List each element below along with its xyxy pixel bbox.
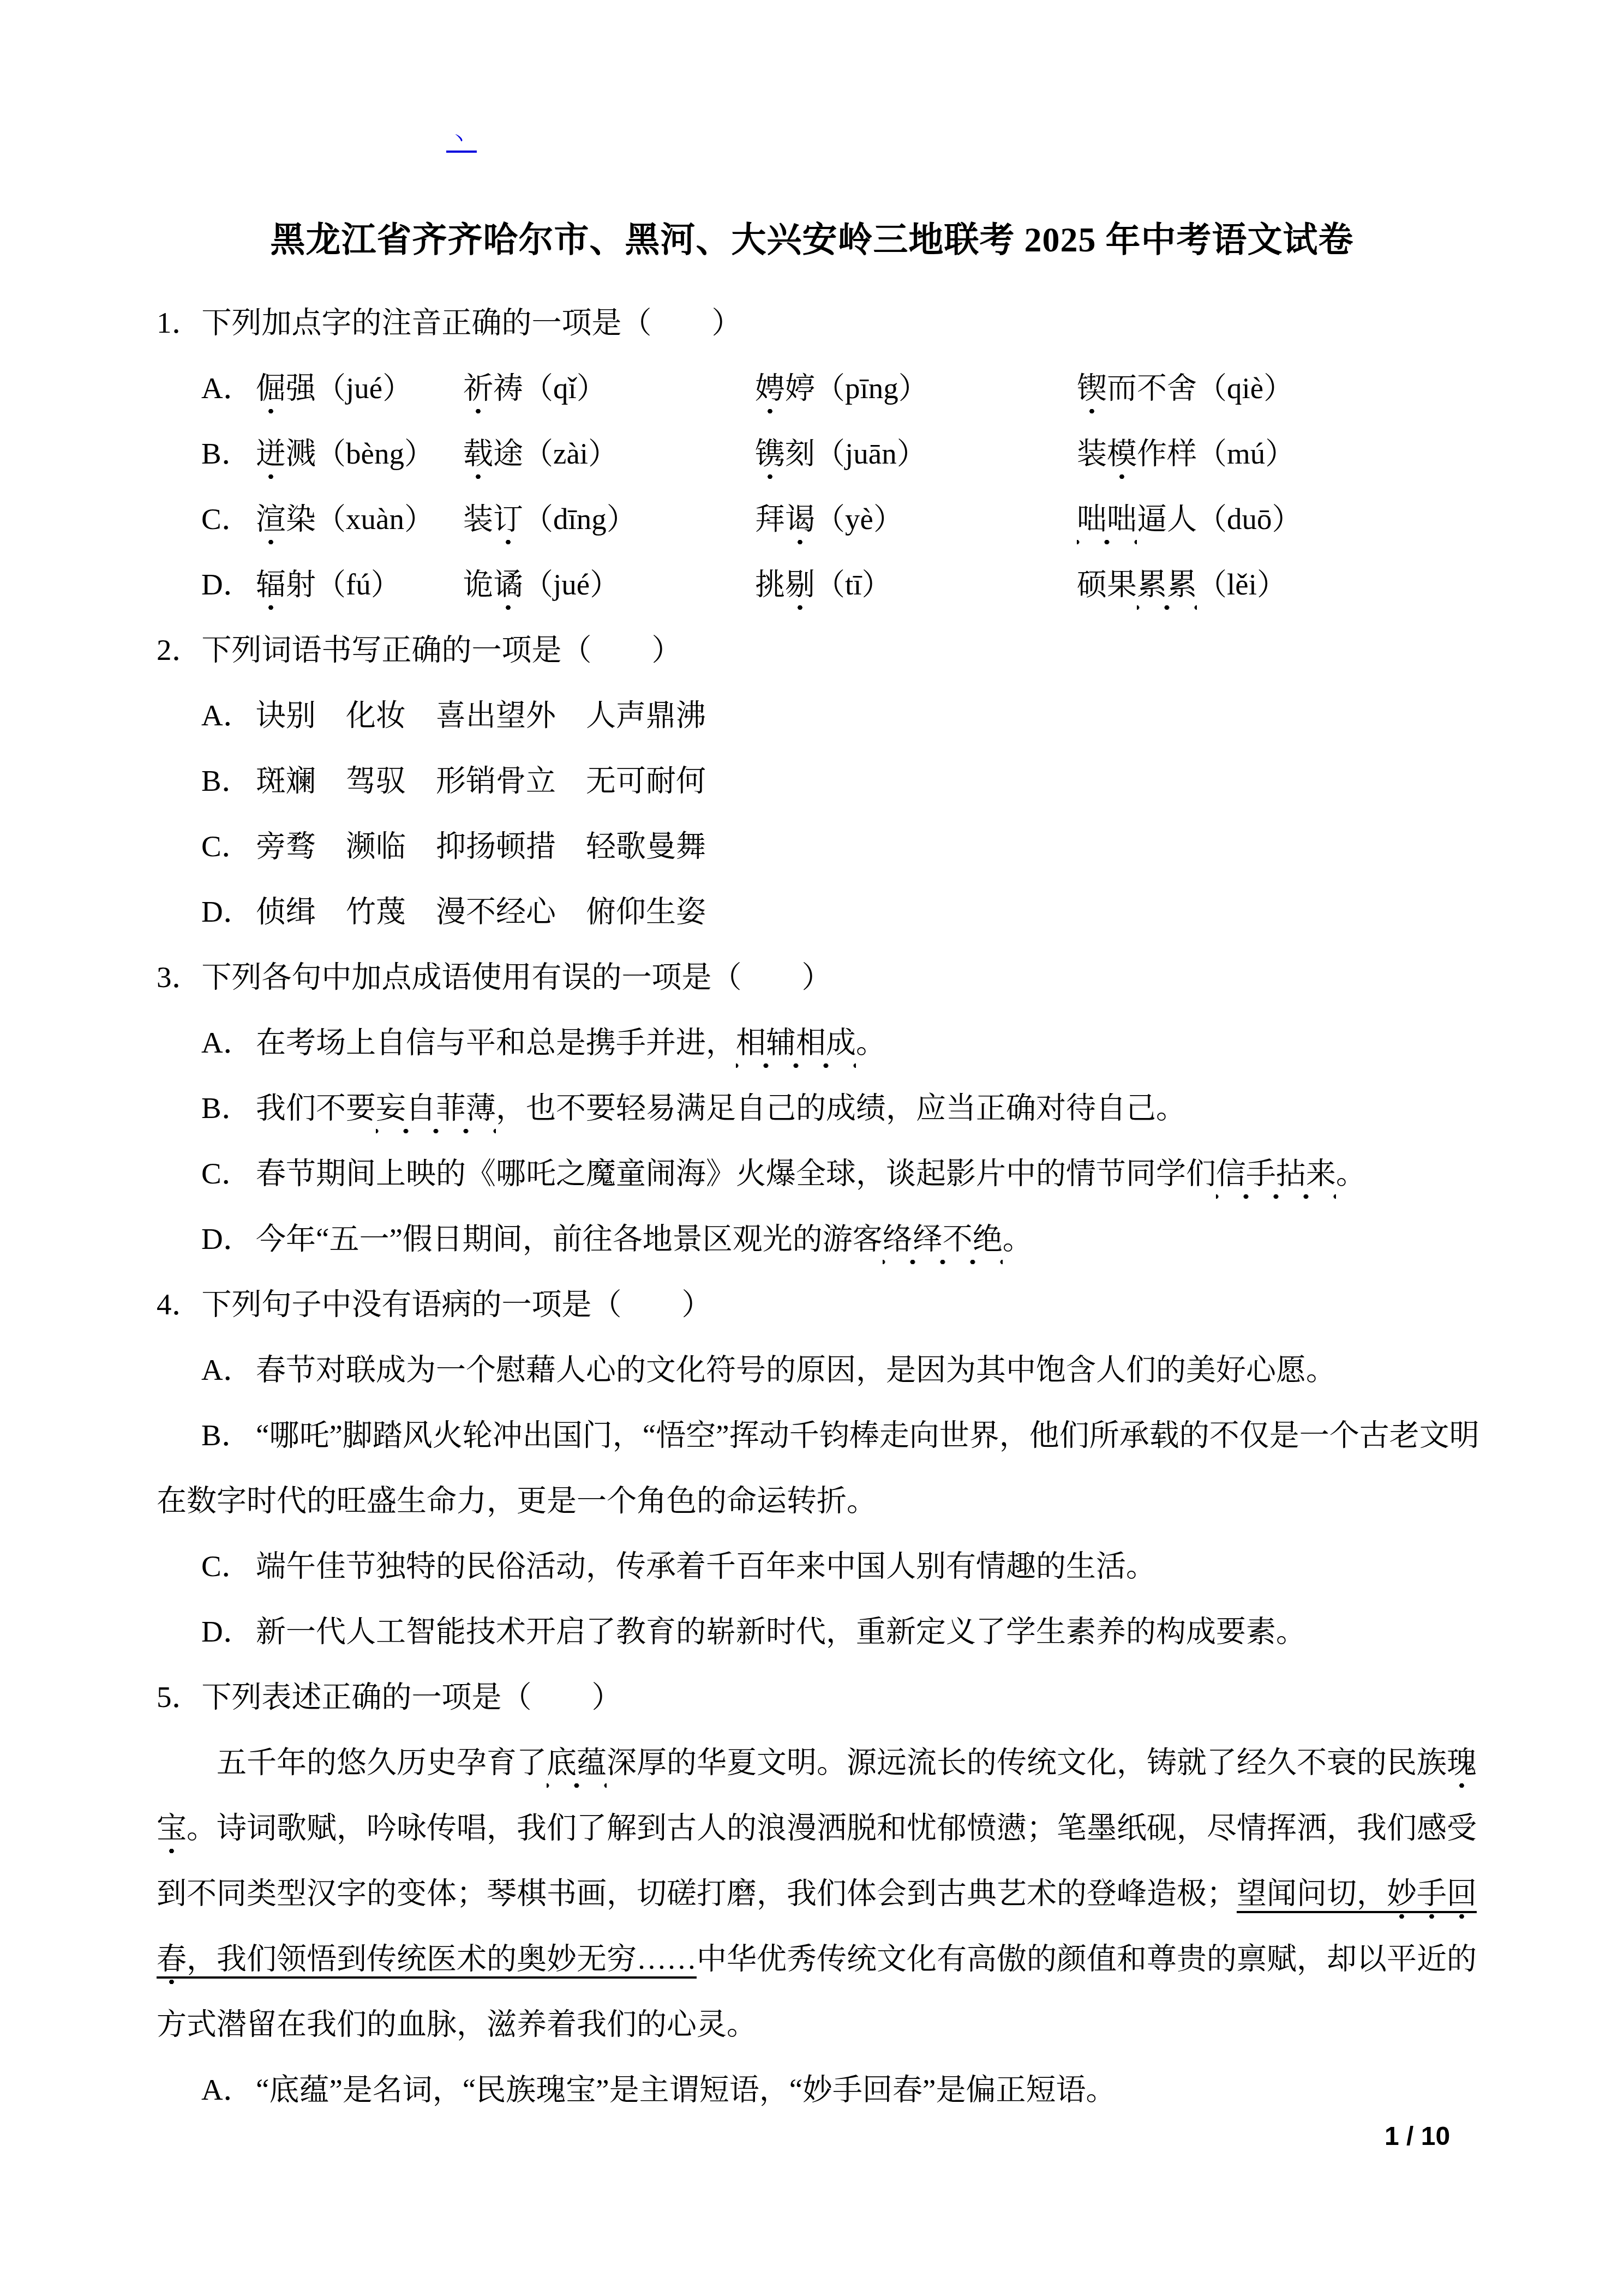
emphasized-text: 祈: [463, 371, 493, 414]
text-segment: 强（jué）: [286, 371, 412, 405]
option-text: 旁骛 濒临 抑扬顿措 轻歌曼舞: [256, 830, 706, 863]
text-segment: 。: [1336, 1157, 1366, 1190]
option-text: “底蕴”是名词，“民族瑰宝”是主谓短语，“妙手回春”是偏正短语。: [256, 2073, 1116, 2106]
option-text: 我们不要妄自菲薄，也不要轻易满足自己的成绩，应当正确对待自己。: [256, 1091, 1186, 1134]
question-2-stem: 2．下列词语书写正确的一项是（ ）: [157, 617, 1553, 683]
option-text: 侦缉 竹蔑 漫不经心 俯仰生姿: [256, 895, 706, 928]
option-row: C．旁骛 濒临 抑扬顿措 轻歌曼舞: [201, 814, 1553, 879]
emphasized-text: 剔: [785, 568, 815, 611]
emphasized-text: 信手拈来: [1216, 1157, 1336, 1200]
option-label: D．: [201, 879, 256, 945]
emphasized-text: 娉: [755, 371, 785, 414]
option-row: D．辐射（fú）诡谲（jué）挑剔（tī）硕果累累（lěi）: [201, 552, 1553, 617]
option-row: A．在考场上自信与平和总是携手并进，相辅相成。: [201, 1010, 1553, 1075]
option-text: 新一代人工智能技术开启了教育的崭新时代，重新定义了学生素养的构成要素。: [256, 1615, 1306, 1648]
annotation-mark: 丶: [446, 130, 477, 153]
question-1-stem: 1．下列加点字的注音正确的一项是（ ）: [157, 290, 1553, 356]
emphasized-text: 相辅相成: [736, 1026, 856, 1069]
text-segment: （yè）: [815, 502, 903, 536]
option-row: A．“底蕴”是名词，“民族瑰宝”是主谓短语，“妙手回春”是偏正短语。: [201, 2057, 1553, 2123]
option-text-continuation: 在数字时代的旺盛生命力，更是一个角色的命运转折。: [157, 1468, 1553, 1534]
emphasized-text: 络绎不绝: [883, 1222, 1003, 1265]
text-segment: 。诗词歌赋，吟咏传唱，我们了解到古人的浪漫洒脱和忧郁愤懑；笔墨纸砚，尽情挥洒，我…: [187, 1811, 1477, 1844]
text-segment: 方式潜留在我们的血脉，滋养着我们的心灵。: [157, 2008, 757, 2041]
emphasized-text: ，我们领悟到传统医术的奥妙无穷……: [187, 1942, 697, 1985]
option-word: 倔强（jué）: [256, 371, 412, 414]
passage-line: 宝。诗词歌赋，吟咏传唱，我们了解到古人的浪漫洒脱和忧郁愤懑；笔墨纸砚，尽情挥洒，…: [157, 1795, 1553, 1861]
text-segment: 。: [1003, 1222, 1033, 1255]
text-segment: 春节期间上映的《哪吒之魔童闹海》火爆全球，谈起影片中的情节同学们: [256, 1157, 1216, 1190]
option-row: B．“哪吒”脚踏风火轮冲出国门，“悟空”挥动千钧棒走向世界，他们所承载的不仅是一…: [201, 1403, 1553, 1468]
emphasized-text: 倔: [256, 371, 286, 414]
option-text: 春节期间上映的《哪吒之魔童闹海》火爆全球，谈起影片中的情节同学们信手拈来。: [256, 1157, 1366, 1200]
option-text: 斑斓 驾驭 形销骨立 无可耐何: [256, 764, 706, 797]
passage-line: 春，我们领悟到传统医术的奥妙无穷……中华优秀传统文化有高傲的颜值和尊贵的禀赋，却…: [157, 1926, 1553, 1992]
option-word: 祈祷（qǐ）: [463, 356, 755, 421]
passage-line: 到不同类型汉字的变体；琴棋书画，切磋打磨，我们体会到古典艺术的登峰造极；望闻问切…: [157, 1861, 1553, 1926]
option-word: 载途（zài）: [463, 421, 755, 486]
text-segment: 溅（bèng）: [286, 437, 434, 470]
option-label: D．: [201, 552, 256, 617]
option-row: C．春节期间上映的《哪吒之魔童闹海》火爆全球，谈起影片中的情节同学们信手拈来。: [201, 1141, 1553, 1206]
option-word: 拜谒（yè）: [755, 486, 1077, 552]
emphasized-text: 订: [493, 502, 523, 545]
text-segment: 挑: [755, 568, 785, 601]
page-number: 1 / 10: [1385, 2120, 1450, 2153]
option-row: D．新一代人工智能技术开启了教育的崭新时代，重新定义了学生素养的构成要素。: [201, 1599, 1553, 1664]
option-row: D．侦缉 竹蔑 漫不经心 俯仰生姿: [201, 879, 1553, 945]
text-segment: ，也不要轻易满足自己的成绩，应当正确对待自己。: [496, 1091, 1186, 1125]
option-text: “哪吒”脚踏风火轮冲出国门，“悟空”挥动千钧棒走向世界，他们所承载的不仅是一个古…: [256, 1419, 1479, 1452]
text-segment: 。: [856, 1026, 886, 1059]
text-segment: 诡: [463, 568, 493, 601]
emphasized-text: 妙手回: [1387, 1877, 1477, 1920]
text-segment: 染（xuàn）: [286, 502, 434, 536]
option-row: C．端午佳节独特的民俗活动，传承着千百年来中国人别有情趣的生活。: [201, 1534, 1553, 1599]
emphasized-text: 谒: [785, 502, 815, 545]
option-label: B．: [201, 421, 256, 486]
option-row: A．春节对联成为一个慰藉人心的文化符号的原因，是因为其中饱含人们的美好心愿。: [201, 1337, 1553, 1403]
text-segment: “底蕴”是名词，“民族瑰宝”是主谓短语，“妙手回春”是偏正短语。: [256, 2073, 1116, 2106]
text-segment: （tī）: [815, 568, 892, 601]
text-segment: （jué）: [523, 568, 620, 601]
text-segment: 今年“五一”假日期间，前往各地景区观光的游客: [256, 1222, 883, 1255]
option-label: A．: [201, 683, 256, 748]
text-segment: 深厚的华夏文明。源远流长的传统文化，铸就了经久不衰的民族: [607, 1746, 1447, 1779]
text-segment: 装: [1077, 437, 1107, 470]
passage-line: 五千年的悠久历史孕育了底蕴深厚的华夏文明。源远流长的传统文化，铸就了经久不衰的民…: [157, 1730, 1553, 1795]
emphasized-text: 宝: [157, 1811, 187, 1854]
option-row: C．渲染（xuàn）装订（dīng）拜谒（yè）咄咄逼人（duō）: [201, 486, 1553, 552]
passage-line: 方式潜留在我们的血脉，滋养着我们的心灵。: [157, 1992, 1553, 2057]
option-text: 端午佳节独特的民俗活动，传承着千百年来中国人别有情趣的生活。: [256, 1549, 1156, 1583]
option-word: 装订（dīng）: [463, 486, 755, 552]
emphasized-text: 锲: [1077, 371, 1107, 414]
emphasized-text: 辐: [256, 568, 286, 611]
option-label: C．: [201, 1141, 256, 1206]
emphasized-text: 咄咄: [1077, 502, 1137, 545]
emphasized-text: 谲: [493, 568, 523, 611]
option-row: B．斑斓 驾驭 形销骨立 无可耐何: [201, 748, 1553, 814]
text-segment: 婷（pīng）: [785, 371, 928, 405]
emphasized-text: 载: [463, 437, 493, 480]
emphasized-text: 渲: [256, 502, 286, 545]
text-segment: 硕果: [1077, 568, 1137, 601]
option-label: A．: [201, 1010, 256, 1075]
text-segment: 祷（qǐ）: [493, 371, 607, 405]
option-label: B．: [201, 748, 256, 814]
text-segment: 装: [463, 502, 493, 536]
text-segment: 而不舍（qiè）: [1107, 371, 1293, 405]
option-label: B．: [201, 1075, 256, 1141]
text-segment: 五千年的悠久历史孕育了: [217, 1746, 547, 1779]
option-row: B．迸溅（bèng）载途（zài）镌刻（juān）装模作样（mú）: [201, 421, 1553, 486]
option-label: D．: [201, 1599, 256, 1664]
option-label: B．: [201, 1403, 256, 1468]
text-segment: 逼人（duō）: [1137, 502, 1302, 536]
text-segment: 我们不要: [256, 1091, 376, 1125]
option-word: 咄咄逼人（duō）: [1077, 486, 1302, 552]
option-word: 硕果累累（lěi）: [1077, 552, 1287, 617]
option-word: 辐射（fú）: [256, 568, 401, 611]
option-label: C．: [201, 486, 256, 552]
exam-body: 1．下列加点字的注音正确的一项是（ ） A．倔强（jué）祈祷（qǐ）娉婷（pī…: [157, 290, 1553, 2123]
emphasized-text: 望闻问切，: [1237, 1877, 1387, 1920]
emphasized-text: 妄自菲薄: [376, 1091, 496, 1134]
question-4-stem: 4．下列句子中没有语病的一项是（ ）: [157, 1272, 1553, 1337]
option-word: 锲而不舍（qiè）: [1077, 356, 1293, 421]
option-text: 今年“五一”假日期间，前往各地景区观光的游客络绎不绝。: [256, 1222, 1033, 1265]
option-row: B．我们不要妄自菲薄，也不要轻易满足自己的成绩，应当正确对待自己。: [201, 1075, 1553, 1141]
emphasized-text: 迸: [256, 437, 286, 480]
option-text: 春节对联成为一个慰藉人心的文化符号的原因，是因为其中饱含人们的美好心愿。: [256, 1353, 1336, 1386]
text-segment: 射（fú）: [286, 568, 401, 601]
text-segment: 在考场上自信与平和总是携手并进，: [256, 1026, 736, 1059]
text-segment: 途（zài）: [493, 437, 618, 470]
option-word: 渲染（xuàn）: [256, 502, 434, 545]
emphasized-text: 底蕴: [547, 1746, 607, 1789]
option-word: 挑剔（tī）: [755, 552, 1077, 617]
emphasized-text: 瑰: [1447, 1746, 1477, 1789]
option-label: A．: [201, 1337, 256, 1403]
emphasized-text: 模: [1107, 437, 1137, 480]
option-word: 镌刻（juān）: [755, 421, 1077, 486]
text-segment: （lěi）: [1197, 568, 1287, 601]
exam-paper-page: 丶 黑龙江省齐齐哈尔市、黑河、大兴安岭三地联考 2025 年中考语文试卷 1．下…: [0, 0, 1624, 2296]
emphasized-text: 春: [157, 1942, 187, 1985]
option-word: 诡谲（jué）: [463, 552, 755, 617]
option-label: C．: [201, 1534, 256, 1599]
option-label: C．: [201, 814, 256, 879]
question-5-stem: 5．下列表述正确的一项是（ ）: [157, 1664, 1553, 1730]
option-label: D．: [201, 1206, 256, 1272]
text-segment: 作样（mú）: [1137, 437, 1295, 470]
option-word: 迸溅（bèng）: [256, 437, 434, 480]
option-text: 诀别 化妆 喜出望外 人声鼎沸: [256, 699, 706, 732]
option-word: 装模作样（mú）: [1077, 421, 1295, 486]
emphasized-text: 镌: [755, 437, 785, 480]
text-segment: 中华优秀传统文化有高傲的颜值和尊贵的禀赋，却以平近的: [697, 1942, 1477, 1975]
option-text: 在考场上自信与平和总是携手并进，相辅相成。: [256, 1026, 886, 1069]
question-3-stem: 3．下列各句中加点成语使用有误的一项是（ ）: [157, 945, 1553, 1010]
text-segment: （dīng）: [523, 502, 637, 536]
option-row: A．倔强（jué）祈祷（qǐ）娉婷（pīng）锲而不舍（qiè）: [201, 356, 1553, 421]
text-segment: 刻（juān）: [785, 437, 927, 470]
exam-title: 黑龙江省齐齐哈尔市、黑河、大兴安岭三地联考 2025 年中考语文试卷: [0, 217, 1624, 263]
text-segment: 拜: [755, 502, 785, 536]
emphasized-text: 累累: [1137, 568, 1197, 611]
option-row: A．诀别 化妆 喜出望外 人声鼎沸: [201, 683, 1553, 748]
option-label: A．: [201, 356, 256, 421]
text-segment: 到不同类型汉字的变体；琴棋书画，切磋打磨，我们体会到古典艺术的登峰造极；: [157, 1877, 1237, 1910]
option-label: A．: [201, 2057, 256, 2123]
option-word: 娉婷（pīng）: [755, 356, 1077, 421]
option-row: D．今年“五一”假日期间，前往各地景区观光的游客络绎不绝。: [201, 1206, 1553, 1272]
